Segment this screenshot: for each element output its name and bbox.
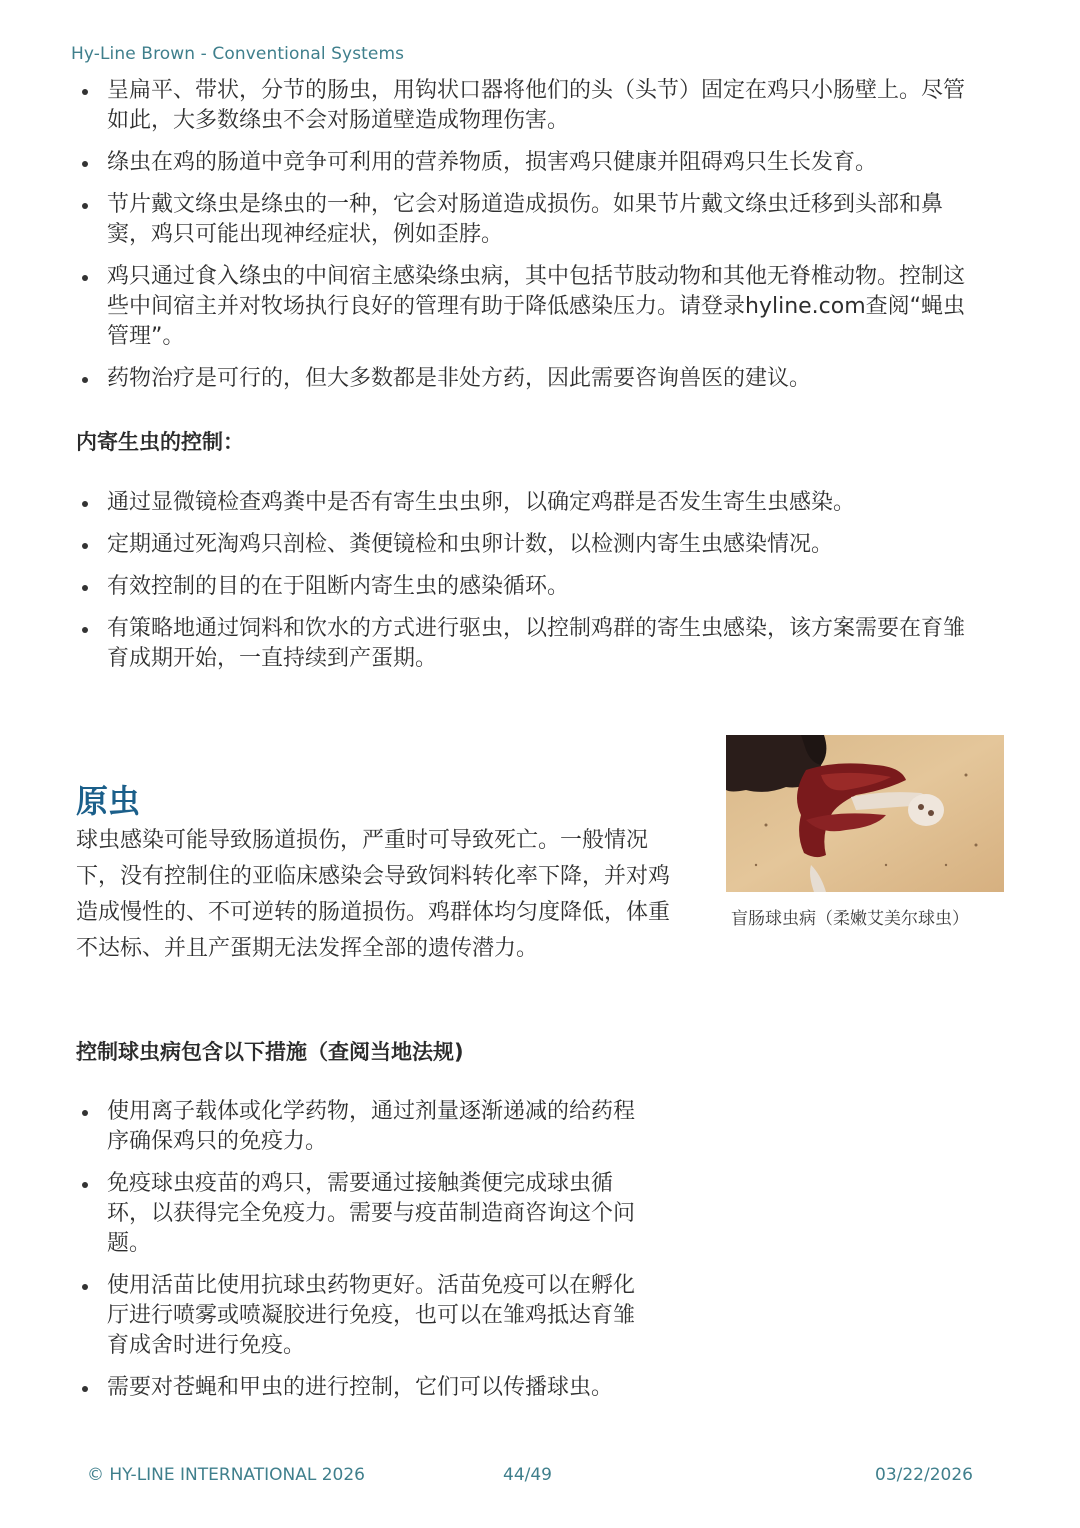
bullet-icon	[82, 543, 88, 549]
bullet-icon	[82, 89, 88, 95]
list-item: 呈扁平、带状，分节的肠虫，用钩状口器将他们的头（头节）固定在鸡只小肠壁上。尽管如…	[76, 76, 986, 136]
internal-parasite-control-list: 通过显微镜检查鸡粪中是否有寄生虫虫卵，以确定鸡群是否发生寄生虫感染。 定期通过死…	[76, 488, 986, 686]
list-item: 有策略地通过饲料和饮水的方式进行驱虫，以控制鸡群的寄生虫感染，该方案需要在育雏育…	[76, 614, 986, 674]
list-item: 定期通过死淘鸡只剖检、粪便镜检和虫卵计数，以检测内寄生虫感染情况。	[76, 530, 986, 560]
bullet-icon	[82, 1110, 88, 1116]
protozoa-section-title: 原虫	[76, 776, 140, 822]
document-header-title: Hy-Line Brown - Conventional Systems	[71, 44, 404, 64]
bullet-icon	[82, 161, 88, 167]
bullet-icon	[82, 501, 88, 507]
list-item: 鸡只通过食入绦虫的中间宿主感染绦虫病，其中包括节肢动物和其他无脊椎动物。控制这些…	[76, 262, 986, 352]
list-item: 免疫球虫疫苗的鸡只，需要通过接触粪便完成球虫循环，以获得完全免疫力。需要与疫苗制…	[76, 1169, 656, 1259]
protozoa-paragraph: 球虫感染可能导致肠道损伤，严重时可导致死亡。一般情况下，没有控制住的亚临床感染会…	[76, 823, 686, 967]
cecal-coccidiosis-photo	[726, 735, 1004, 892]
list-item: 药物治疗是可行的，但大多数都是非处方药，因此需要咨询兽医的建议。	[76, 364, 986, 394]
bullet-icon	[82, 1182, 88, 1188]
bullet-icon	[82, 1284, 88, 1290]
footer-copyright: © HY-LINE INTERNATIONAL 2026	[87, 1465, 365, 1485]
list-item: 使用离子载体或化学药物，通过剂量逐渐递减的给药程序确保鸡只的免疫力。	[76, 1097, 656, 1157]
list-item: 有效控制的目的在于阻断内寄生虫的感染循环。	[76, 572, 986, 602]
bullet-icon	[82, 627, 88, 633]
list-item: 节片戴文绦虫是绦虫的一种，它会对肠道造成损伤。如果节片戴文绦虫迁移到头部和鼻窦，…	[76, 190, 986, 250]
footer-page-number: 44/49	[503, 1465, 552, 1485]
bullet-icon	[82, 203, 88, 209]
figure-caption: 盲肠球虫病（柔嫩艾美尔球虫）	[731, 904, 969, 929]
coccidiosis-control-heading: 控制球虫病包含以下措施（查阅当地法规)	[76, 1036, 464, 1066]
list-item: 绦虫在鸡的肠道中竞争可利用的营养物质，损害鸡只健康并阻碍鸡只生长发育。	[76, 148, 986, 178]
bullet-icon	[82, 275, 88, 281]
bullet-icon	[82, 585, 88, 591]
list-item: 通过显微镜检查鸡粪中是否有寄生虫虫卵，以确定鸡群是否发生寄生虫感染。	[76, 488, 986, 518]
coccidiosis-control-list: 使用离子载体或化学药物，通过剂量逐渐递减的给药程序确保鸡只的免疫力。 免疫球虫疫…	[76, 1097, 656, 1415]
list-item: 需要对苍蝇和甲虫的进行控制，它们可以传播球虫。	[76, 1373, 656, 1403]
bullet-icon	[82, 377, 88, 383]
list-item: 使用活苗比使用抗球虫药物更好。活苗免疫可以在孵化厅进行喷雾或喷凝胶进行免疫，也可…	[76, 1271, 656, 1361]
footer-date: 03/22/2026	[875, 1465, 973, 1485]
bullet-icon	[82, 1386, 88, 1392]
tapeworm-bullet-list: 呈扁平、带状，分节的肠虫，用钩状口器将他们的头（头节）固定在鸡只小肠壁上。尽管如…	[76, 76, 986, 406]
internal-parasite-control-heading: 内寄生虫的控制：	[76, 426, 244, 456]
